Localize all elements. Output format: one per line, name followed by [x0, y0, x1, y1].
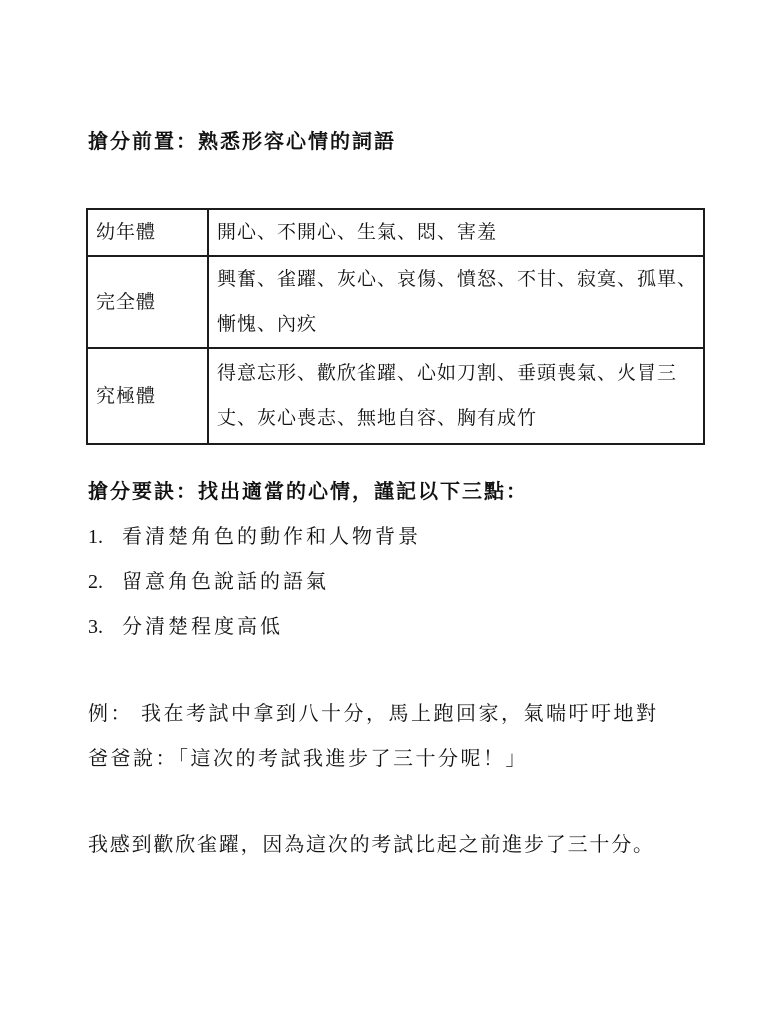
page-title: 搶分前置：熟悉形容心情的詞語 — [88, 120, 396, 165]
tips-list: 1.看清楚角色的動作和人物背景 2.留意角色說話的語氣 3.分清楚程度高低 — [88, 515, 421, 650]
example-line: 爸爸說：「這次的考試我進步了三十分呢！」 — [88, 737, 659, 782]
tip-text: 看清楚角色的動作和人物背景 — [122, 526, 421, 548]
words-cell: 得意忘形、歡欣雀躍、心如刀割、垂頭喪氣、火冒三丈、灰心喪志、無地自容、胸有成竹 — [208, 348, 704, 444]
conclusion-paragraph: 我感到歡欣雀躍，因為這次的考試比起之前進步了三十分。 — [88, 823, 655, 868]
example-label: 例： — [88, 703, 133, 725]
level-cell: 幼年體 — [87, 209, 208, 256]
example-paragraph: 例：我在考試中拿到八十分，馬上跑回家，氣喘吁吁地對 爸爸說：「這次的考試我進步了… — [88, 692, 659, 782]
tip-item: 2.留意角色說話的語氣 — [88, 560, 421, 605]
example-line: 例：我在考試中拿到八十分，馬上跑回家，氣喘吁吁地對 — [88, 692, 659, 737]
words-cell: 開心、不開心、生氣、悶、害羞 — [208, 209, 704, 256]
example-line1-text: 我在考試中拿到八十分，馬上跑回家，氣喘吁吁地對 — [141, 703, 659, 725]
worksheet-page: 搶分前置：熟悉形容心情的詞語 幼年體 開心、不開心、生氣、悶、害羞 完全體 興奮… — [0, 0, 768, 1024]
tip-item: 3.分清楚程度高低 — [88, 605, 421, 650]
table-row: 究極體 得意忘形、歡欣雀躍、心如刀割、垂頭喪氣、火冒三丈、灰心喪志、無地自容、胸… — [87, 348, 704, 444]
words-cell: 興奮、雀躍、灰心、哀傷、憤怒、不甘、寂寞、孤單、慚愧、內疚 — [208, 256, 704, 348]
example-line2-text: 爸爸說：「這次的考試我進步了三十分呢！」 — [88, 748, 528, 770]
tip-item: 1.看清楚角色的動作和人物背景 — [88, 515, 421, 560]
tip-number: 1. — [88, 515, 122, 560]
level-cell: 究極體 — [87, 348, 208, 444]
tip-number: 3. — [88, 605, 122, 650]
table-row: 完全體 興奮、雀躍、灰心、哀傷、憤怒、不甘、寂寞、孤單、慚愧、內疚 — [87, 256, 704, 348]
tip-text: 留意角色說話的語氣 — [122, 571, 329, 593]
vocab-table: 幼年體 開心、不開心、生氣、悶、害羞 完全體 興奮、雀躍、灰心、哀傷、憤怒、不甘… — [86, 208, 705, 445]
tips-heading: 搶分要訣：找出適當的心情，謹記以下三點： — [88, 470, 528, 515]
tip-number: 2. — [88, 560, 122, 605]
tip-text: 分清楚程度高低 — [122, 616, 283, 638]
table-row: 幼年體 開心、不開心、生氣、悶、害羞 — [87, 209, 704, 256]
level-cell: 完全體 — [87, 256, 208, 348]
